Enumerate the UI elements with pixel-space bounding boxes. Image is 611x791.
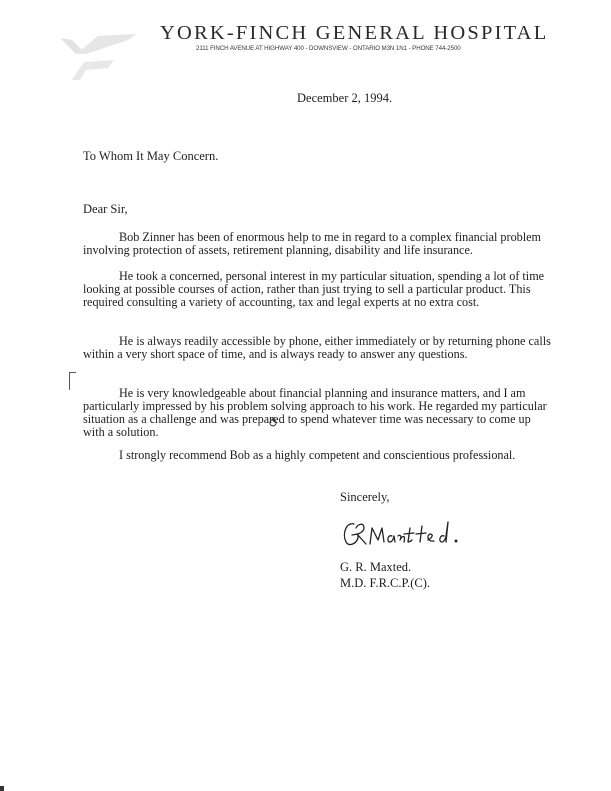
handwritten-signature xyxy=(340,514,480,554)
body-paragraph: I strongly recommend Bob as a highly com… xyxy=(83,449,553,462)
letter-salutation: Dear Sir, xyxy=(83,202,128,217)
body-paragraph: He is always readily accessible by phone… xyxy=(83,335,553,361)
hospital-logo-icon xyxy=(58,18,138,82)
letter-recipient: To Whom It May Concern. xyxy=(83,149,218,164)
handwritten-bracket-mark xyxy=(69,372,76,390)
body-paragraph: He is very knowledgeable about financial… xyxy=(83,387,553,439)
hospital-address: 2111 FINCH AVENUE AT HIGHWAY 400 - DOWNS… xyxy=(196,45,461,52)
letter-date: December 2, 1994. xyxy=(297,91,392,106)
handwritten-hook-mark: ⥀ xyxy=(269,416,277,430)
signer-credentials: M.D. F.R.C.P.(C). xyxy=(340,576,430,591)
hospital-name: YORK-FINCH GENERAL HOSPITAL xyxy=(160,22,548,45)
body-paragraph: He took a concerned, personal interest i… xyxy=(83,270,553,309)
body-paragraph: Bob Zinner has been of enormous help to … xyxy=(83,231,553,257)
letter-closing: Sincerely, xyxy=(340,490,390,505)
signer-name: G. R. Maxted. xyxy=(340,560,411,575)
scan-corner-mark xyxy=(0,786,4,791)
